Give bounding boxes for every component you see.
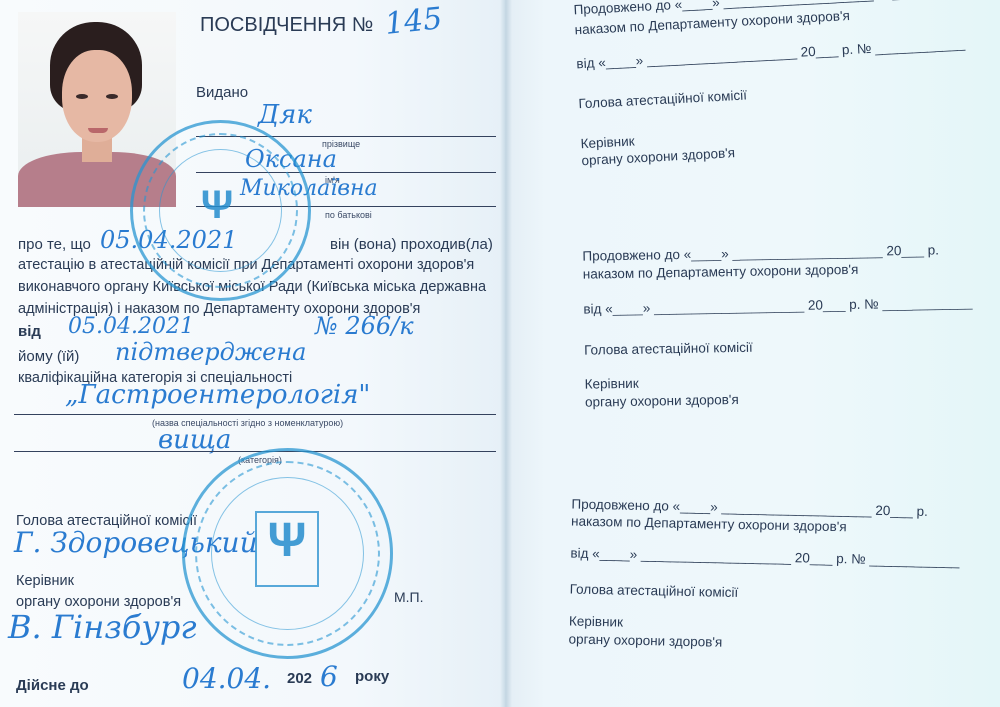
official-stamp-bottom: Ψ [182, 448, 393, 659]
trident-icon: Ψ [187, 183, 247, 228]
issued-label: Видано [196, 84, 248, 101]
order-label: наказом по Департаменту охорони здоров'я [583, 262, 859, 282]
to-him-label: йому (їй) [18, 348, 79, 365]
order-date: 05.04.2021 [68, 314, 194, 339]
head-label-2: органу охорони здоров'я [585, 392, 739, 410]
extended-until-label: Продовжено до «____» ___________________… [582, 242, 939, 263]
head-label-1: Керівник [585, 376, 639, 392]
valid-until-suffix: року [355, 668, 389, 685]
trident-icon: Ψ [255, 511, 319, 587]
order-from-label: від «____» ____________________ 20___ р.… [583, 295, 972, 317]
about-prefix: про те, що [18, 236, 91, 253]
head-signature: В. Гінзбург [8, 608, 197, 646]
order-from-label: від «____» ____________________ 20___ р.… [570, 545, 959, 568]
book-spine-fold [500, 0, 512, 707]
surname-value: Дяк [258, 100, 312, 130]
order-from-label: від [18, 323, 41, 340]
certificate-title: ПОСВІДЧЕННЯ № [200, 14, 373, 37]
chair-label: Голова атестаційної комісії [570, 581, 739, 600]
chair-label: Голова атестаційної комісії [584, 340, 753, 358]
head-label-2: органу охорони здоров'я [568, 631, 722, 649]
specialty-line [14, 414, 496, 415]
valid-until-label: Дійсне до [16, 677, 89, 694]
order-label: наказом по Департаменту охорони здоров'я [571, 514, 847, 535]
certificate-left-page: ПОСВІДЧЕННЯ № 145 Видано Дяк прізвище Ок… [0, 0, 505, 707]
order-number: № 266/к [315, 312, 414, 340]
head-label-1: Керівник [569, 613, 623, 629]
specialty-value: „Гастроентерологія" [65, 380, 370, 410]
patronymic-caption: по батькові [325, 210, 372, 220]
valid-until-year-suffix: 6 [320, 660, 338, 693]
certificate-number: 145 [383, 1, 444, 42]
valid-until-date: 04.04. [182, 662, 271, 695]
certificate-right-page: Продовжено до «____» ___________________… [505, 0, 1000, 707]
extension-block-3: Продовжено до «____» ___________________… [501, 0, 1000, 210]
head-label-1: Керівник [16, 573, 74, 589]
seal-label: М.П. [394, 589, 424, 605]
valid-until-year-prefix: 202 [287, 670, 312, 687]
passed-text: він (вона) проходив(ла) [330, 236, 493, 253]
official-stamp-top: Ψ [130, 120, 311, 301]
confirmation-value: підтверджена [115, 338, 306, 366]
